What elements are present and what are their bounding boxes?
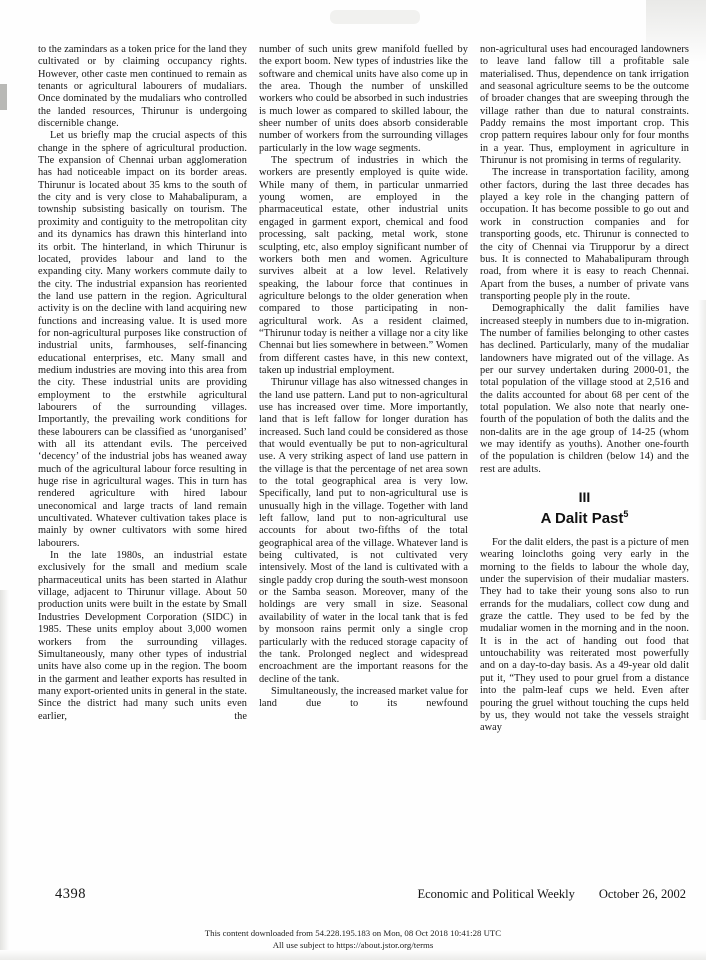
paragraph: Let us briefly map the crucial aspects o… <box>38 130 247 550</box>
paragraph: to the zamindars as a token price for th… <box>38 44 247 130</box>
journal-name: Economic and Political Weekly <box>417 887 574 902</box>
article-body: to the zamindars as a token price for th… <box>38 44 689 735</box>
jstor-notice: This content downloaded from 54.228.195.… <box>0 927 706 951</box>
jstor-terms-line: All use subject to https://about.jstor.o… <box>0 939 706 951</box>
jstor-download-line: This content downloaded from 54.228.195.… <box>0 927 706 939</box>
paragraph: For the dalit elders, the past is a pict… <box>480 537 689 735</box>
scan-artifact <box>698 300 706 720</box>
section-title: A Dalit Past5 <box>480 505 689 528</box>
section-heading: III A Dalit Past5 <box>480 489 689 528</box>
paragraph: In the late 1980s, an industrial estate … <box>38 550 247 723</box>
paragraph: Thirunur village has also witnessed chan… <box>259 377 468 686</box>
scan-artifact <box>0 84 7 110</box>
paragraph: number of such units grew manifold fuell… <box>259 44 468 155</box>
section-title-text: A Dalit Past <box>541 510 624 527</box>
page-footer: 4398 Economic and Political Weekly Octob… <box>38 886 686 903</box>
journal-page: to the zamindars as a token price for th… <box>0 0 706 960</box>
scan-artifact <box>330 10 420 24</box>
column-1: to the zamindars as a token price for th… <box>38 44 247 735</box>
scan-artifact <box>0 590 9 950</box>
column-3: non-agricultural uses had encouraged lan… <box>480 44 689 735</box>
journal-citation: Economic and Political Weekly October 26… <box>417 887 686 902</box>
paragraph: The spectrum of industries in which the … <box>259 155 468 377</box>
page-number: 4398 <box>38 886 86 903</box>
footnote-marker: 5 <box>623 509 628 519</box>
column-2: number of such units grew manifold fuell… <box>259 44 468 735</box>
scan-artifact <box>0 950 706 960</box>
issue-date: October 26, 2002 <box>599 887 686 902</box>
paragraph: The increase in transportation facility,… <box>480 167 689 303</box>
paragraph: Demographically the dalit families have … <box>480 303 689 476</box>
section-number: III <box>480 489 689 505</box>
paragraph: non-agricultural uses had encouraged lan… <box>480 44 689 167</box>
paragraph: Simultaneously, the increased market val… <box>259 686 468 711</box>
